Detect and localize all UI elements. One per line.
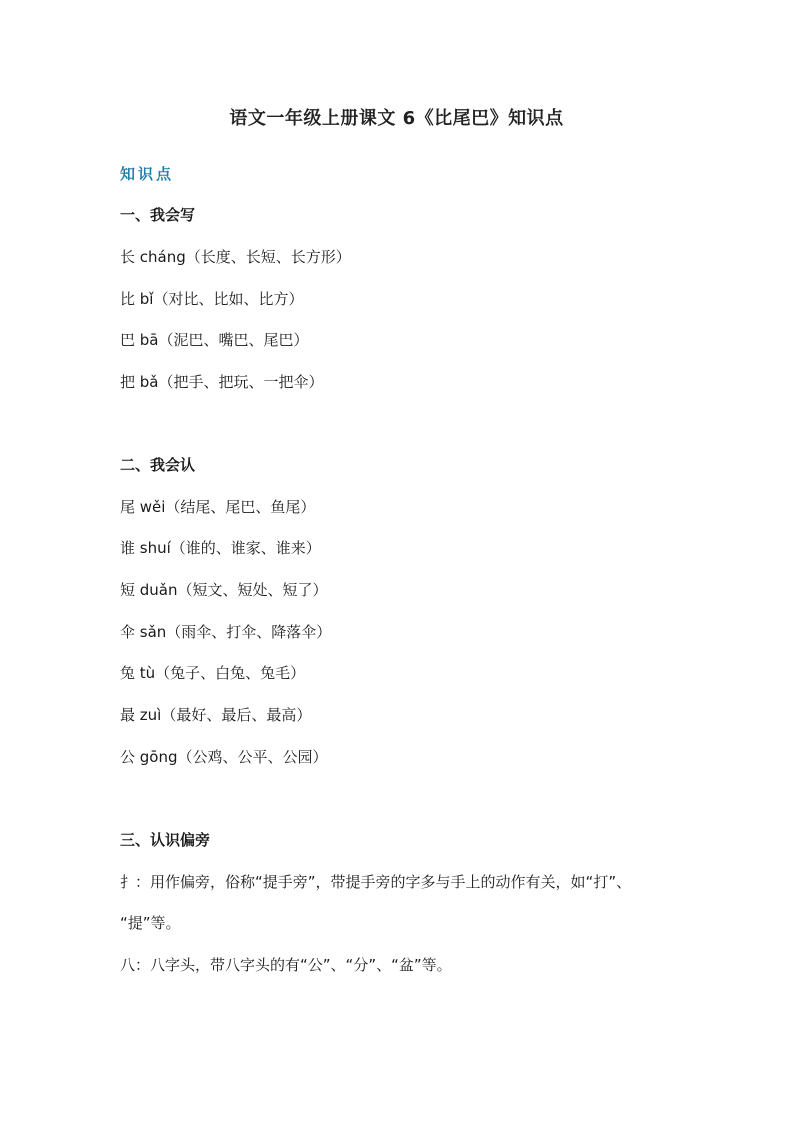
list-item: 八：八字头，带八字头的有“公”、“分”、“盆”等。 xyxy=(120,955,452,975)
document-title: 语文一年级上册课文 6《比尾巴》知识点 xyxy=(0,104,793,130)
list-item: 扌：用作偏旁，俗称“提手旁”，带提手旁的字多与手上的动作有关，如“打”、 xyxy=(120,872,631,892)
document-page: 语文一年级上册课文 6《比尾巴》知识点 知识点 一、我会写 长 cháng（长度… xyxy=(0,0,793,1122)
list-item: 伞 sǎn（雨伞、打伞、降落伞） xyxy=(120,622,331,642)
list-item: 比 bǐ（对比、比如、比方） xyxy=(120,289,303,309)
list-item: 短 duǎn（短文、短处、短了） xyxy=(120,580,328,600)
section-heading-write: 一、我会写 xyxy=(120,205,195,225)
list-item: 尾 wěi（结尾、尾巴、鱼尾） xyxy=(120,497,315,517)
list-item: 长 cháng（长度、长短、长方形） xyxy=(120,247,351,267)
list-item: 公 gōng（公鸡、公平、公园） xyxy=(120,747,328,767)
list-item: 谁 shuí（谁的、谁家、谁来） xyxy=(120,538,321,558)
list-item: “提”等。 xyxy=(120,913,181,933)
list-item: 最 zuì（最好、最后、最高） xyxy=(120,705,311,725)
section-heading-radicals: 三、认识偏旁 xyxy=(120,830,210,850)
section-heading-recognize: 二、我会认 xyxy=(120,455,195,475)
list-item: 巴 bā（泥巴、嘴巴、尾巴） xyxy=(120,330,308,350)
knowledge-points-heading: 知识点 xyxy=(120,164,174,184)
list-item: 兔 tù（兔子、白兔、兔毛） xyxy=(120,663,305,683)
list-item: 把 bǎ（把手、把玩、一把伞） xyxy=(120,372,323,392)
